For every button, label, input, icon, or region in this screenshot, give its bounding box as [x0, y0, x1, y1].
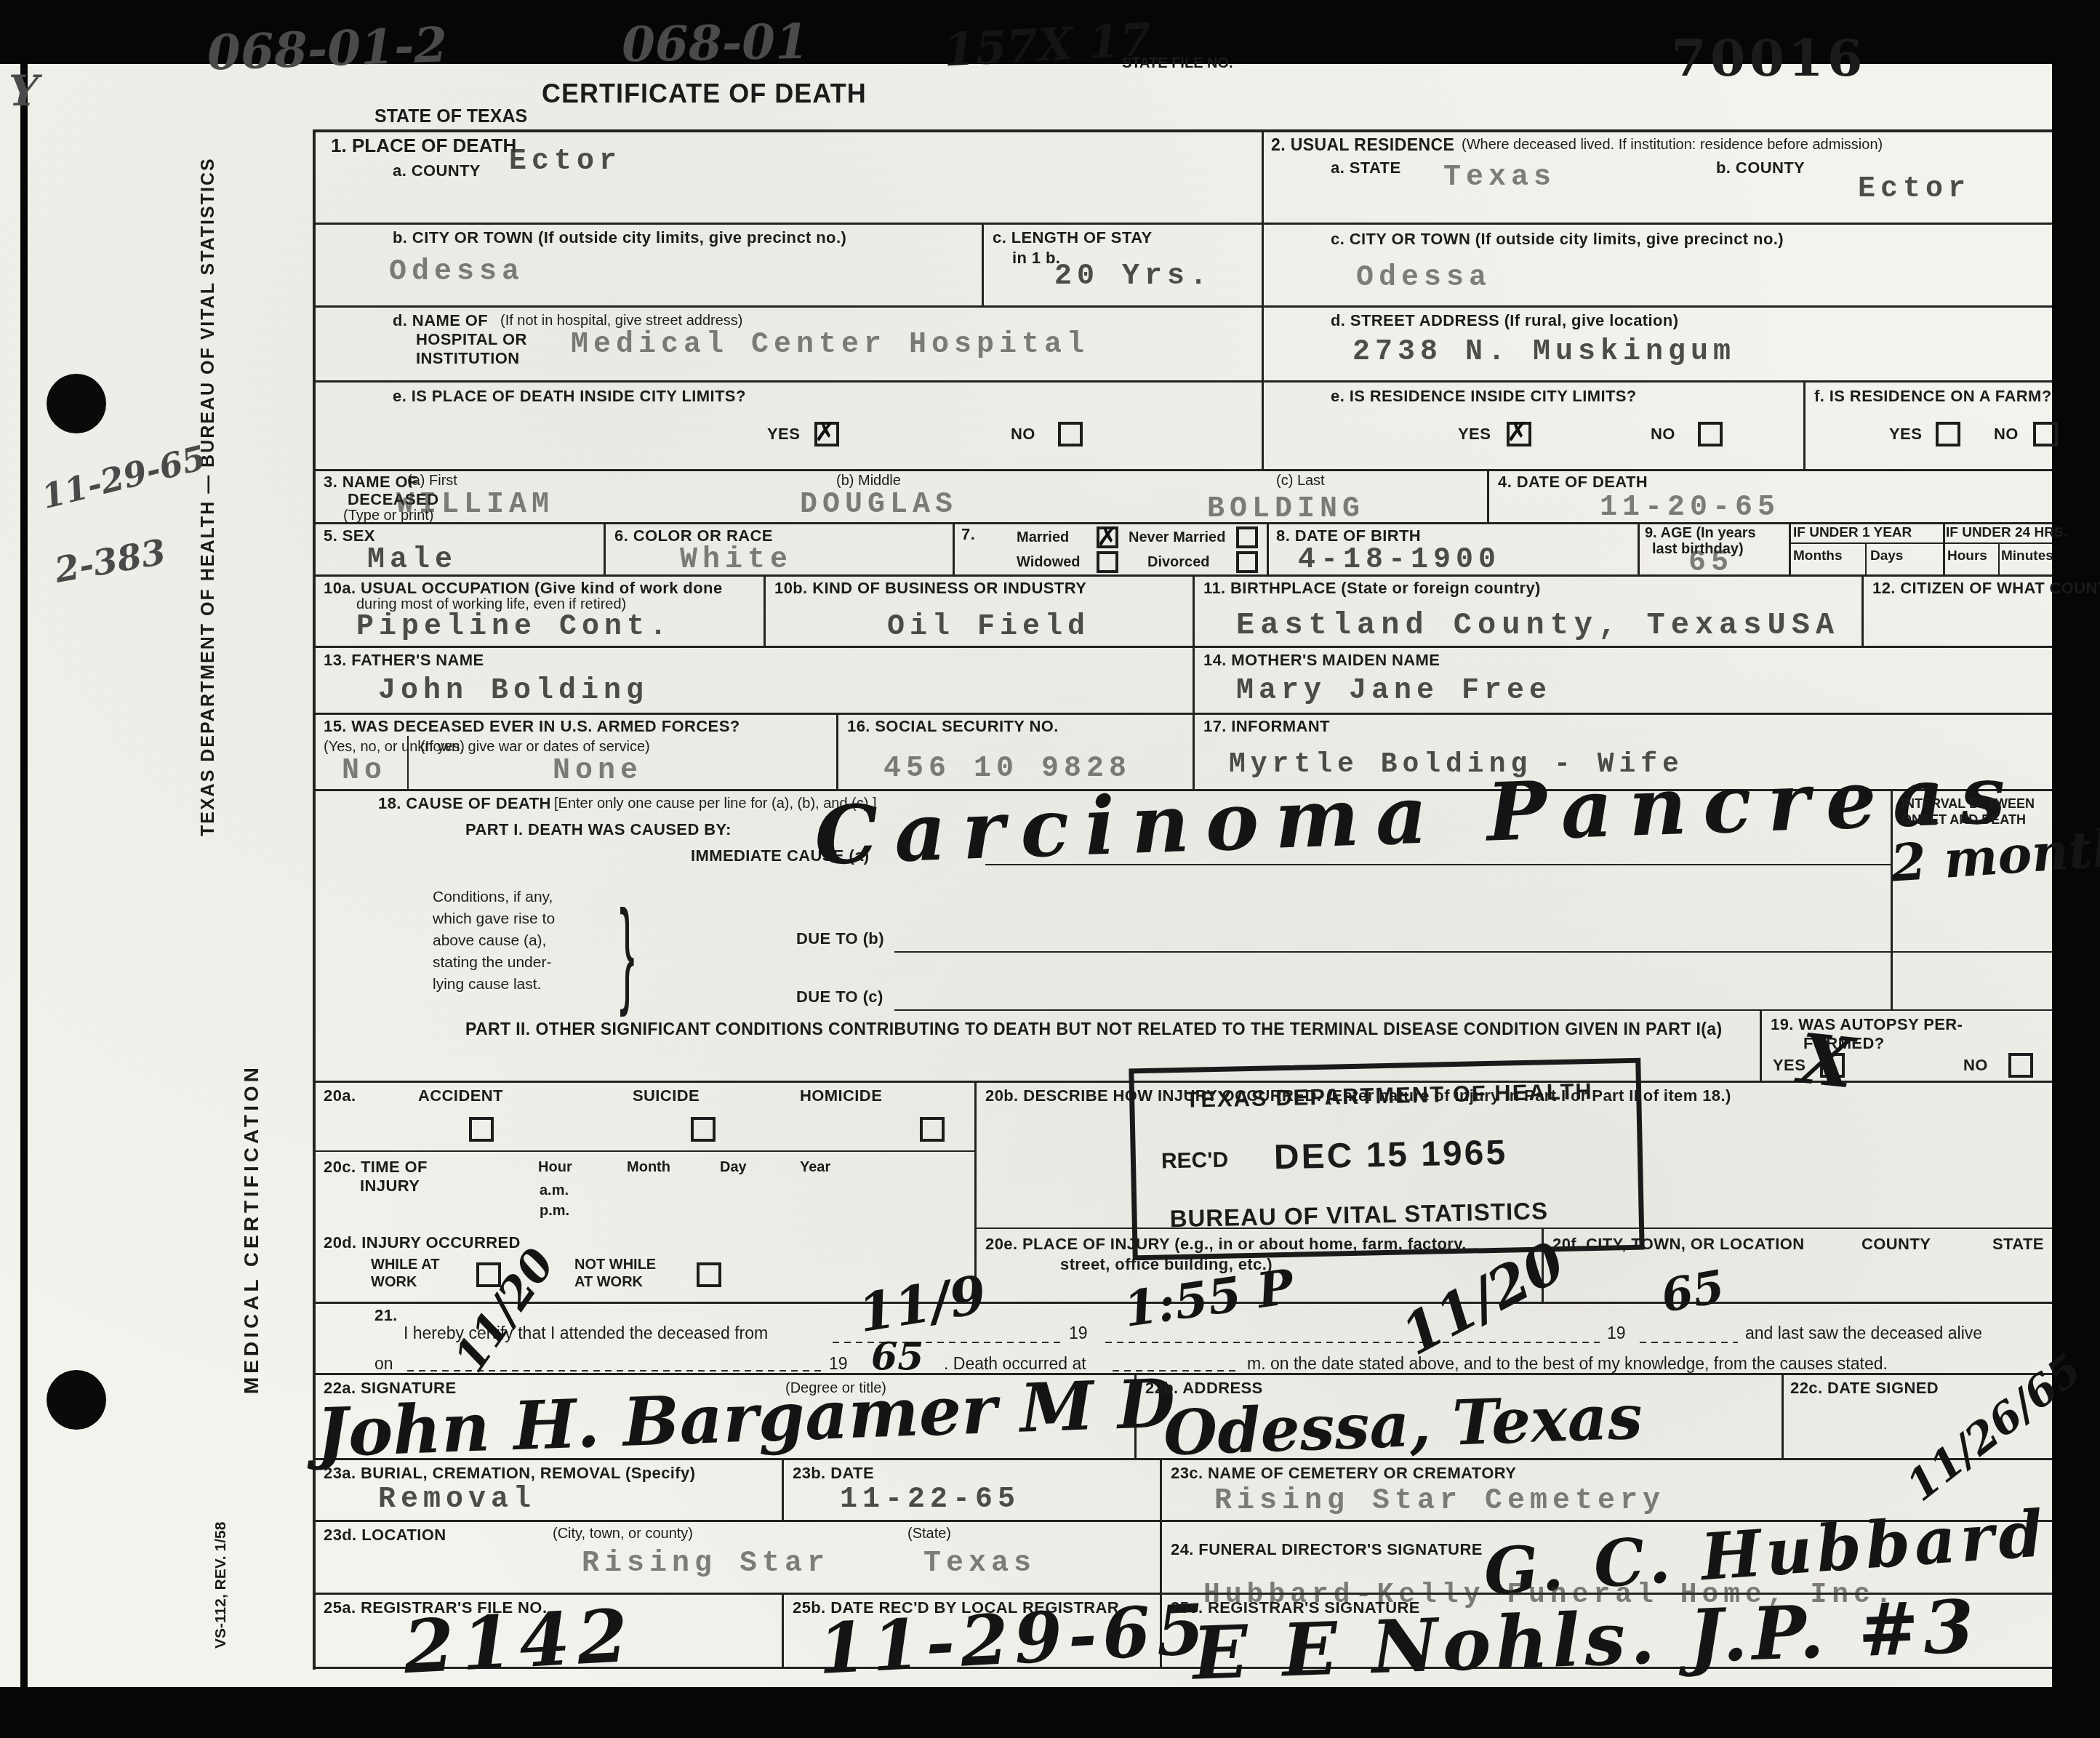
margin-medcert-label: MEDICAL CERTIFICATION	[240, 1004, 273, 1454]
mother-name-value: Mary Jane Free	[1236, 675, 1552, 708]
citizen-label: 12. CITIZEN OF WHAT COUNTRY?	[1872, 579, 2100, 597]
married-label: Married	[1017, 529, 1069, 546]
location-city-sublabel: (City, town, or county)	[553, 1526, 693, 1542]
line	[894, 951, 2052, 953]
state-file-no-handwritten: 157X 17	[942, 14, 1153, 76]
injury-20a-label: 20a.	[324, 1086, 356, 1105]
line	[894, 1009, 2052, 1011]
place-of-death-section-label: 1. PLACE OF DEATH	[331, 135, 516, 157]
autopsy-yes-mark: X	[1795, 1019, 1857, 1103]
blank-line	[407, 1370, 822, 1371]
cause-of-death-label: 18. CAUSE OF DEATH	[378, 794, 551, 812]
pod-county-label: a. COUNTY	[393, 161, 481, 180]
first-name-label: (a) First	[407, 473, 457, 489]
res-yes-label: YES	[1458, 425, 1491, 443]
hospital-label-3: INSTITUTION	[416, 349, 520, 367]
res-state-value: Texas	[1443, 161, 1556, 195]
interval-label-1: INTERVAL BETWEEN	[1901, 796, 2035, 812]
certificate-title: CERTIFICATE OF DEATH	[542, 79, 867, 108]
birthplace-value: Eastland County, TexasUSA	[1236, 608, 1840, 643]
margin-form-code: VS-112, REV. 1/58	[212, 1483, 241, 1687]
divider	[953, 522, 955, 574]
stamp-line-1: TEXAS DEPARTMENT OF HEALTH	[1185, 1078, 1593, 1113]
part1-label: PART I. DEATH WAS CAUSED BY:	[465, 820, 732, 838]
pod-inside-city-label: e. IS PLACE OF DEATH INSIDE CITY LIMITS?	[393, 387, 746, 405]
farm-yes-checkbox	[1936, 422, 1960, 446]
farm-no-checkbox	[2033, 422, 2058, 446]
res-no-checkbox	[1698, 422, 1723, 446]
length-of-stay-value: 20 Yrs.	[1054, 260, 1212, 294]
conditions-note-1: Conditions, if any,	[433, 889, 553, 906]
widowed-label: Widowed	[1017, 554, 1081, 571]
blank-line	[1105, 1342, 1600, 1343]
divider	[1943, 522, 1945, 574]
divider	[836, 713, 838, 789]
line	[313, 574, 2052, 577]
res-city-label: c. CITY OR TOWN (If outside city limits,…	[1331, 230, 1784, 248]
race-label: 6. COLOR OR RACE	[614, 526, 773, 545]
line	[313, 522, 2052, 524]
industry-label: 10b. KIND OF BUSINESS OR INDUSTRY	[774, 579, 1086, 597]
hours-label: Hours	[1947, 548, 1987, 564]
certify-year-19a: 19	[1069, 1323, 1088, 1342]
suicide-checkbox	[691, 1117, 716, 1142]
date-of-death-value: 11-20-65	[1600, 492, 1780, 525]
last-name-value: BOLDING	[1207, 493, 1365, 526]
conditions-brace: }	[620, 886, 635, 1020]
line	[313, 713, 2052, 715]
hospital-paren-label: (If not in hospital, give street address…	[500, 313, 743, 329]
divider	[764, 574, 766, 646]
not-while-at-work-label-1: NOT WHILE	[574, 1257, 656, 1273]
am-label: a.m.	[540, 1182, 569, 1199]
certify-on-label: on	[374, 1354, 393, 1373]
date-signed-label: 22c. DATE SIGNED	[1790, 1379, 1939, 1397]
sex-value: Male	[367, 544, 457, 577]
part2-label: PART II. OTHER SIGNIFICANT CONDITIONS CO…	[465, 1020, 1723, 1038]
state-of-texas-label: STATE OF TEXAS	[374, 106, 527, 127]
certificate-number: 70016	[1671, 29, 1867, 88]
res-city-value: Odessa	[1356, 262, 1491, 295]
divider	[1861, 574, 1864, 646]
margin-pencil-mark: Y	[9, 67, 39, 116]
dob-value: 4-18-1900	[1298, 544, 1501, 577]
divider	[782, 1458, 784, 1520]
first-name-value: WILLIAM	[396, 489, 554, 522]
autopsy-no-checkbox	[2008, 1053, 2033, 1078]
divorced-label: Divorced	[1147, 554, 1210, 571]
while-at-work-label-1: WHILE AT	[371, 1257, 439, 1273]
injury-state-label: STATE	[1992, 1235, 2044, 1253]
month-label: Month	[627, 1159, 670, 1176]
margin-dept-label: TEXAS DEPARTMENT OF HEALTH — BUREAU OF V…	[198, 240, 239, 836]
line	[313, 1150, 974, 1152]
certify-year-19b: 19	[1607, 1323, 1626, 1342]
divider	[1803, 380, 1806, 469]
conditions-note-5: lying cause last.	[433, 976, 541, 993]
time-of-injury-label-1: 20c. TIME OF	[324, 1158, 428, 1176]
line	[313, 1373, 2052, 1375]
pod-yes-checkbox	[814, 422, 839, 446]
res-inside-city-label: e. IS RESIDENCE INSIDE CITY LIMITS?	[1331, 387, 1637, 405]
line	[1789, 542, 2052, 544]
registrar-file-value: 2142	[401, 1594, 637, 1690]
scan-black-bottom	[0, 1687, 2100, 1738]
never-married-label: Never Married	[1129, 529, 1225, 546]
location-city-value: Rising Star	[582, 1547, 830, 1581]
armed-forces-answer: No	[342, 755, 387, 788]
res-state-label: a. STATE	[1331, 159, 1401, 177]
not-while-at-work-label-2: AT WORK	[574, 1274, 643, 1291]
divider	[1193, 574, 1195, 646]
line	[313, 380, 2052, 383]
race-value: White	[680, 544, 793, 577]
days-label: Days	[1870, 548, 1903, 564]
hospital-label-2: HOSPITAL OR	[416, 330, 527, 348]
hole-punch-bottom	[47, 1370, 106, 1430]
location-state-value: Texas	[923, 1547, 1036, 1581]
autopsy-no-label: NO	[1963, 1056, 1988, 1074]
conditions-note-2: which gave rise to	[433, 910, 555, 928]
divider	[1262, 129, 1264, 469]
armed-forces-label: 15. WAS DECEASED EVER IN U.S. ARMED FORC…	[324, 717, 740, 735]
hospital-value: Medical Center Hospital	[571, 329, 1089, 362]
dob-label: 8. DATE OF BIRTH	[1276, 526, 1421, 545]
funeral-director-label: 24. FUNERAL DIRECTOR'S SIGNATURE	[1171, 1540, 1483, 1558]
cemetery-value: Rising Star Cemetery	[1214, 1485, 1665, 1518]
stamp-recd-label: REC'D	[1161, 1148, 1229, 1174]
months-label: Months	[1793, 548, 1843, 564]
injury-county-label: COUNTY	[1861, 1235, 1931, 1253]
certify-text-4: m. on the date stated above, and to the …	[1247, 1354, 1888, 1373]
burial-value: Removal	[378, 1483, 536, 1517]
pod-no-checkbox	[1058, 422, 1083, 446]
certify-to-year-handwritten: 65	[1657, 1260, 1728, 1322]
cemetery-label: 23c. NAME OF CEMETERY OR CREMATORY	[1171, 1464, 1516, 1482]
length-of-stay-label: c. LENGTH OF STAY	[993, 228, 1153, 247]
burial-date-label: 23b. DATE	[793, 1464, 874, 1482]
accident-label: ACCIDENT	[418, 1086, 503, 1105]
divider	[1638, 522, 1640, 574]
suicide-label: SUICIDE	[633, 1086, 700, 1105]
due-to-b-label: DUE TO (b)	[796, 929, 884, 948]
location-label: 23d. LOCATION	[324, 1526, 446, 1544]
homicide-label: HOMICIDE	[800, 1086, 882, 1105]
header-pencil-number-2: 068-01	[621, 15, 809, 73]
armed-forces-sub-2: (If yes, give war or dates of service)	[420, 739, 650, 756]
mother-name-label: 14. MOTHER'S MAIDEN NAME	[1203, 651, 1440, 669]
received-stamp: TEXAS DEPARTMENT OF HEALTH REC'D DEC 15 …	[1129, 1058, 1644, 1261]
farm-yes-label: YES	[1889, 425, 1922, 443]
age-value: 65	[1688, 547, 1734, 580]
divider	[1267, 522, 1269, 574]
due-to-c-label: DUE TO (c)	[796, 988, 883, 1006]
widowed-checkbox	[1097, 551, 1118, 573]
divider	[782, 1593, 784, 1667]
divider	[1782, 1373, 1784, 1458]
middle-name-label: (b) Middle	[836, 473, 901, 489]
divider	[1865, 542, 1867, 574]
pod-city-label: b. CITY OR TOWN (If outside city limits,…	[393, 228, 846, 247]
pod-no-label: NO	[1011, 425, 1035, 443]
sex-label: 5. SEX	[324, 526, 375, 545]
pm-label: p.m.	[540, 1203, 569, 1220]
divider	[1789, 522, 1791, 574]
hour-label: Hour	[538, 1159, 572, 1176]
divider	[1193, 646, 1195, 789]
day-label: Day	[720, 1159, 747, 1176]
burial-date-value: 11-22-65	[840, 1483, 1020, 1517]
divorced-checkbox	[1236, 551, 1258, 573]
divider	[1760, 1009, 1762, 1081]
pod-county-value: Ector	[509, 145, 622, 179]
time-of-injury-label-2: INJURY	[360, 1177, 420, 1195]
industry-value: Oil Field	[887, 611, 1090, 644]
middle-name-value: DOUGLAS	[800, 489, 958, 522]
line	[313, 469, 2052, 471]
divider	[604, 522, 606, 574]
certify-section-number: 21.	[374, 1306, 398, 1324]
res-county-value: Ector	[1858, 173, 1971, 207]
occupation-value: Pipeline Cont.	[356, 611, 672, 644]
marital-section-label: 7.	[961, 525, 975, 543]
last-name-label: (c) Last	[1276, 473, 1325, 489]
informant-label: 17. INFORMANT	[1203, 717, 1330, 735]
certify-text-2: and last saw the deceased alive	[1745, 1323, 1982, 1342]
res-address-value: 2738 N. Muskingum	[1352, 336, 1736, 369]
year-label: Year	[800, 1159, 830, 1176]
res-county-label: b. COUNTY	[1716, 159, 1805, 177]
ssn-label: 16. SOCIAL SECURITY NO.	[847, 717, 1059, 735]
conditions-note-4: stating the under-	[433, 954, 551, 972]
header-pencil-number-1: 068-01-2	[207, 17, 449, 81]
res-address-label: d. STREET ADDRESS (If rural, give locati…	[1331, 311, 1678, 329]
page-edge-line	[20, 64, 28, 1687]
line	[313, 646, 2052, 648]
res-yes-checkbox	[1507, 422, 1531, 446]
res-no-label: NO	[1651, 425, 1675, 443]
line	[313, 305, 2052, 308]
homicide-checkbox	[920, 1117, 945, 1142]
stamp-date: DEC 15 1965	[1273, 1133, 1507, 1178]
burial-label: 23a. BURIAL, CREMATION, REMOVAL (Specify…	[324, 1464, 695, 1482]
conditions-note-3: above cause (a),	[433, 932, 546, 950]
scanned-death-certificate: TEXAS DEPARTMENT OF HEALTH — BUREAU OF V…	[0, 0, 2100, 1738]
under-24-hrs-label: IF UNDER 24 HRS.	[1946, 525, 2067, 541]
minutes-label: Minutes	[2001, 548, 2053, 564]
form-left-border	[313, 129, 316, 1670]
residence-section-label: 2. USUAL RESIDENCE	[1271, 135, 1454, 154]
blank-line	[1640, 1342, 1738, 1343]
accident-checkbox	[469, 1117, 494, 1142]
injury-occurred-label: 20d. INJURY OCCURRED	[324, 1233, 521, 1252]
divider	[982, 223, 984, 305]
stamp-line-3: BUREAU OF VITAL STATISTICS	[1169, 1197, 1548, 1233]
occupation-label: 10a. USUAL OCCUPATION (Give kind of work…	[324, 579, 723, 597]
state-file-no-label: STATE FILE NO.	[1122, 55, 1233, 72]
under-1-year-label: IF UNDER 1 YEAR	[1793, 525, 1912, 541]
divider	[1998, 542, 2000, 574]
father-name-value: John Bolding	[378, 675, 649, 708]
married-checkbox	[1097, 526, 1118, 548]
pod-yes-label: YES	[767, 425, 800, 443]
age-label: 9. AGE (In years	[1645, 525, 1756, 542]
never-married-checkbox	[1236, 526, 1258, 548]
location-state-sublabel: (State)	[907, 1526, 951, 1542]
birthplace-label: 11. BIRTHPLACE (State or foreign country…	[1203, 579, 1541, 597]
certify-year-19c: 19	[829, 1354, 848, 1373]
hole-punch-top	[47, 374, 106, 433]
father-name-label: 13. FATHER'S NAME	[324, 651, 484, 669]
farm-no-label: NO	[1994, 425, 2019, 443]
farm-label: f. IS RESIDENCE ON A FARM?	[1814, 387, 2052, 405]
autopsy-label-1: 19. WAS AUTOPSY PER-	[1771, 1015, 1963, 1033]
date-of-death-label: 4. DATE OF DEATH	[1498, 473, 1648, 491]
armed-forces-answer-2: None	[553, 755, 643, 788]
divider	[1487, 469, 1489, 522]
length-of-stay-sublabel: in 1 b.	[1012, 249, 1060, 267]
line	[313, 129, 2052, 132]
residence-section-paren: (Where deceased lived. If institution: r…	[1462, 137, 1883, 153]
not-while-at-work-checkbox	[697, 1262, 721, 1287]
hospital-label: d. NAME OF	[393, 311, 488, 329]
line	[313, 223, 2052, 225]
pod-city-value: Odessa	[389, 256, 524, 289]
while-at-work-label-2: WORK	[371, 1274, 417, 1291]
